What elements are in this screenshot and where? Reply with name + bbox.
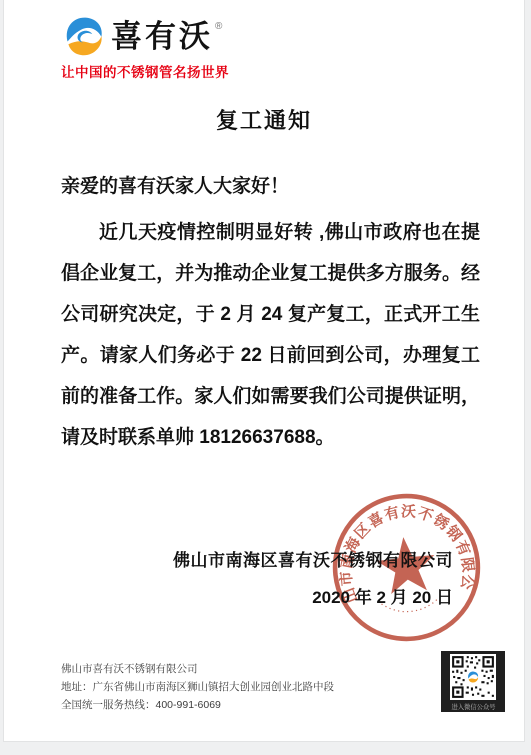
company-logo: 喜有沃® 让中国的不锈钢管名扬世界	[61, 14, 229, 81]
notice-paper: 喜有沃® 让中国的不锈钢管名扬世界 复工通知 亲爱的喜有沃家人大家好！ 近几天疫…	[3, 0, 525, 742]
greeting-line: 亲爱的喜有沃家人大家好！	[61, 171, 289, 198]
brand-name: 喜有沃®	[111, 21, 222, 52]
qr-caption: 进入微信公众号	[451, 703, 495, 712]
footer-contact: 佛山市喜有沃不锈钢有限公司 地址：广东省佛山市南海区狮山镇招大创业园创业北路中段…	[61, 660, 334, 714]
footer-company: 佛山市喜有沃不锈钢有限公司	[61, 660, 334, 678]
signature-date: 2020 年 2 月 20 日	[312, 583, 453, 608]
qr-code	[450, 654, 496, 700]
wechat-qr-card: 进入微信公众号	[441, 651, 505, 712]
page-background: { "header": { "logo_text": "喜有沃", "regis…	[0, 0, 531, 755]
brand-swirl-icon	[61, 14, 107, 58]
brand-tagline: 让中国的不锈钢管名扬世界	[61, 61, 229, 81]
footer-hotline: 全国统一服务热线：400-991-6069	[61, 696, 334, 714]
footer-address: 地址：广东省佛山市南海区狮山镇招大创业园创业北路中段	[61, 678, 334, 696]
signature-company: 佛山市南海区喜有沃不锈钢有限公司	[173, 546, 453, 571]
notice-title: 复工通知	[4, 104, 524, 135]
registered-trademark-icon: ®	[215, 21, 222, 32]
notice-body: 近几天疫情控制明显好转 ,佛山市政府也在提倡企业复工，并为推动企业复工提供多方服…	[61, 212, 480, 458]
